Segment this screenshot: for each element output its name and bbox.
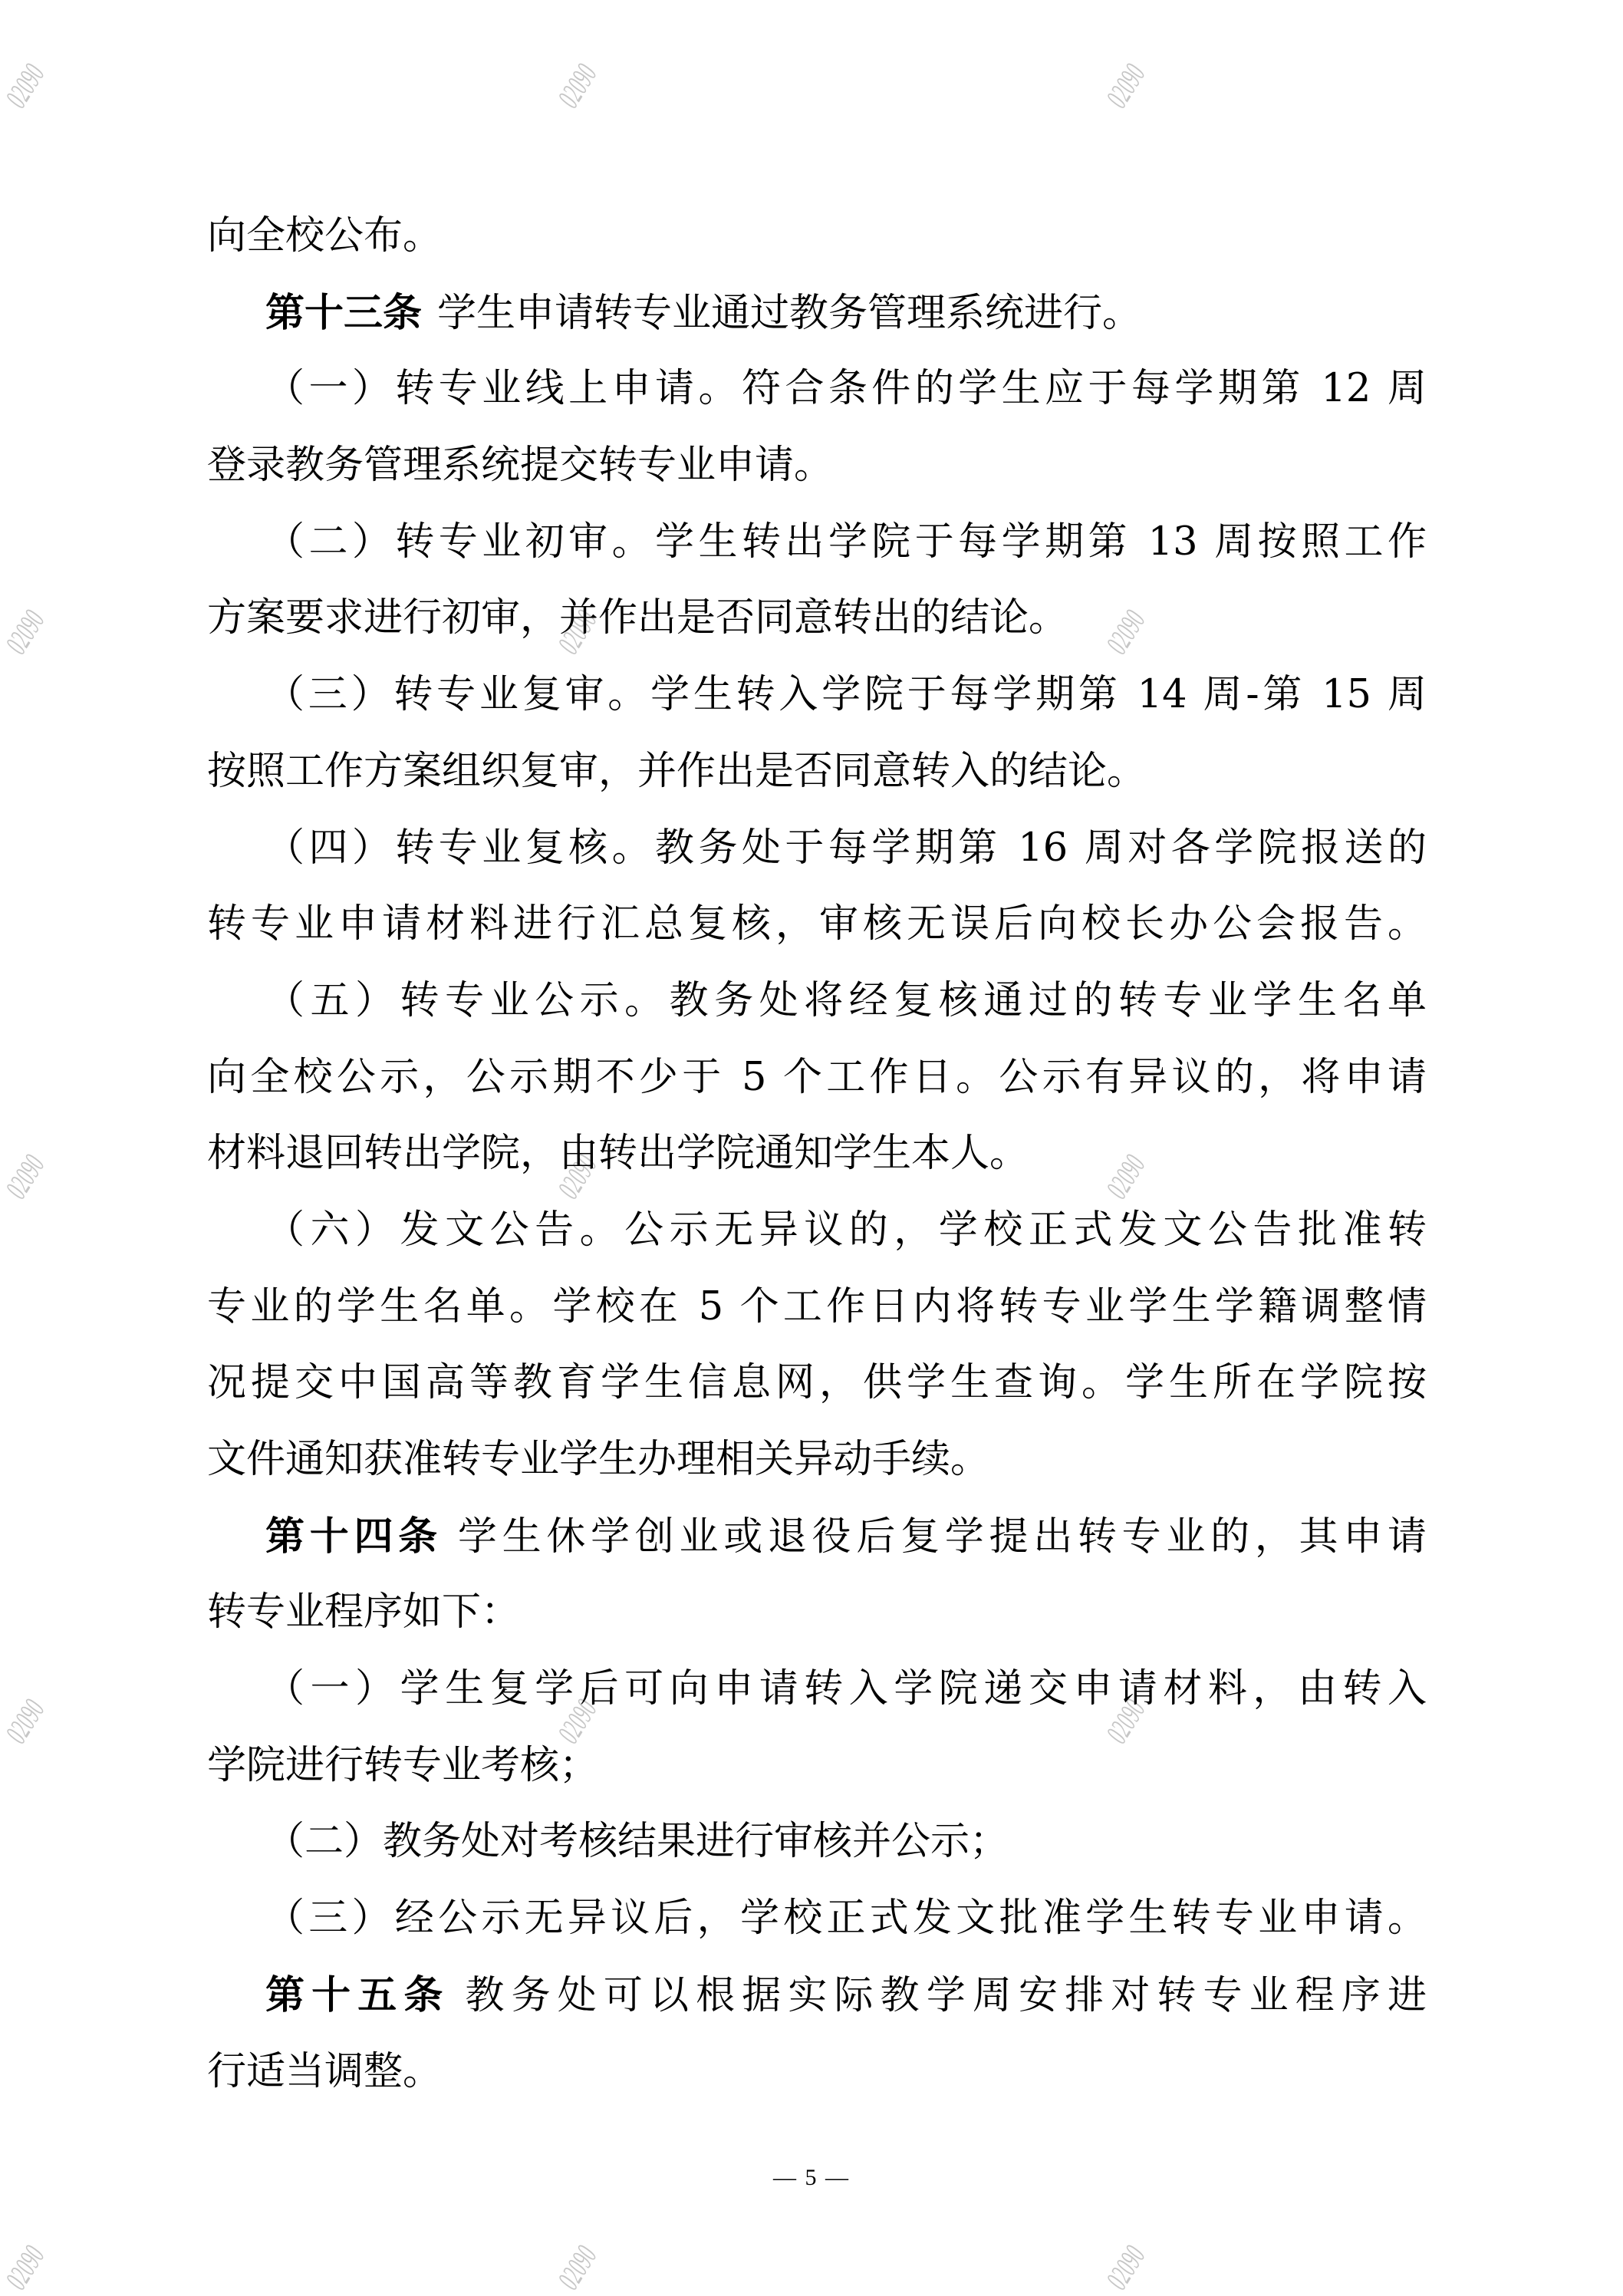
line-text: 学院进行转专业考核； xyxy=(207,1737,1427,1795)
watermark: 02090 xyxy=(550,58,604,114)
text-line: （三）转专业复审。学生转入学院于每学期第 14 周-第 15 周 xyxy=(207,666,1427,743)
line-text: 向全校公布。 xyxy=(207,207,1427,265)
text-line: 学院进行转专业考核； xyxy=(207,1737,1427,1813)
line-text: 况提交中国高等教育学生信息网，供学生查询。学生所在学院按 xyxy=(207,1354,1427,1412)
text-line: （三）经公示无异议后，学校正式发文批准学生转专业申请。 xyxy=(207,1889,1427,1966)
line-text: 登录教务管理系统提交转专业申请。 xyxy=(207,436,1427,495)
watermark: 02090 xyxy=(0,604,52,660)
article-13-heading-line: 第十三条学生申请转专业通过教务管理系统进行。 xyxy=(207,284,1427,361)
line-text: 行适当调整。 xyxy=(207,2043,1427,2101)
line-text: （一）学生复学后可向申请转入学院递交申请材料，由转入 xyxy=(207,1660,1427,1718)
watermark: 02090 xyxy=(1098,2239,1152,2296)
text-line: （二）转专业初审。学生转出学院于每学期第 13 周按照工作 xyxy=(207,513,1427,590)
text-line: （一）学生复学后可向申请转入学院递交申请材料，由转入 xyxy=(207,1660,1427,1737)
text-line: 行适当调整。 xyxy=(207,2043,1427,2120)
text-line: 文件通知获准转专业学生办理相关异动手续。 xyxy=(207,1431,1427,1507)
article-13-title: 第十三条 xyxy=(265,290,422,336)
page-number: — 5 — xyxy=(735,2165,888,2191)
line-text: （六）发文公告。公示无异议的，学校正式发文公告批准转 xyxy=(207,1201,1427,1260)
watermark: 02090 xyxy=(0,1693,52,1750)
text-line: 材料退回转出学院，由转出学院通知学生本人。 xyxy=(207,1125,1427,1201)
text-line: 转专业程序如下： xyxy=(207,1583,1427,1660)
watermark: 02090 xyxy=(0,1148,52,1205)
line-text: 教务处可以根据实际教学周安排对转专业程序进 xyxy=(466,1973,1427,2018)
text-line: （六）发文公告。公示无异议的，学校正式发文公告批准转 xyxy=(207,1201,1427,1278)
line-text: （三）转专业复审。学生转入学院于每学期第 14 周-第 15 周 xyxy=(207,666,1427,724)
line-text: 学生申请转专业通过教务管理系统进行。 xyxy=(437,291,1141,336)
text-line: 向全校公布。 xyxy=(207,207,1427,284)
text-line: 况提交中国高等教育学生信息网，供学生查询。学生所在学院按 xyxy=(207,1354,1427,1431)
line-text: （二）教务处对考核结果进行审核并公示； xyxy=(207,1813,1427,1871)
text-line: 方案要求进行初审，并作出是否同意转出的结论。 xyxy=(207,589,1427,666)
line-text: 学生休学创业或退役后复学提出转专业的，其申请 xyxy=(458,1514,1427,1560)
line-text: （四）转专业复核。教务处于每学期第 16 周对各学院报送的 xyxy=(207,819,1427,878)
line-text: 转专业申请材料进行汇总复核，审核无误后向校长办公会报告。 xyxy=(207,895,1427,954)
watermark: 02090 xyxy=(550,2239,604,2296)
watermark: 02090 xyxy=(1098,58,1152,114)
article-15-title: 第十五条 xyxy=(265,1972,450,2018)
text-line: 转专业申请材料进行汇总复核，审核无误后向校长办公会报告。 xyxy=(207,895,1427,972)
text-line: 向全校公示，公示期不少于 5 个工作日。公示有异议的，将申请 xyxy=(207,1049,1427,1125)
line-text: 向全校公示，公示期不少于 5 个工作日。公示有异议的，将申请 xyxy=(207,1049,1427,1107)
text-line: 专业的学生名单。学校在 5 个工作日内将转专业学生学籍调整情 xyxy=(207,1278,1427,1355)
line-text: （一）转专业线上申请。符合条件的学生应于每学期第 12 周 xyxy=(207,360,1427,418)
document-page: 02090 02090 02090 02090 02090 02090 0209… xyxy=(0,0,1623,2296)
text-line: 按照工作方案组织复审，并作出是否同意转入的结论。 xyxy=(207,743,1427,819)
line-text: （五）转专业公示。教务处将经复核通过的转专业学生名单 xyxy=(207,972,1427,1030)
line-text: （二）转专业初审。学生转出学院于每学期第 13 周按照工作 xyxy=(207,513,1427,572)
text-line: （五）转专业公示。教务处将经复核通过的转专业学生名单 xyxy=(207,972,1427,1049)
line-text: 转专业程序如下： xyxy=(207,1583,1427,1642)
document-body: 向全校公布。 第十三条学生申请转专业通过教务管理系统进行。 （一）转专业线上申请… xyxy=(207,207,1427,2119)
article-15-heading-line: 第十五条教务处可以根据实际教学周安排对转专业程序进 xyxy=(207,1966,1427,2043)
line-text: 材料退回转出学院，由转出学院通知学生本人。 xyxy=(207,1125,1427,1183)
article-14-heading-line: 第十四条学生休学创业或退役后复学提出转专业的，其申请 xyxy=(207,1507,1427,1584)
article-14-title: 第十四条 xyxy=(265,1514,443,1560)
line-text: 专业的学生名单。学校在 5 个工作日内将转专业学生学籍调整情 xyxy=(207,1278,1427,1336)
watermark: 02090 xyxy=(0,2239,52,2296)
text-line: （一）转专业线上申请。符合条件的学生应于每学期第 12 周 xyxy=(207,360,1427,436)
line-text: 文件通知获准转专业学生办理相关异动手续。 xyxy=(207,1431,1427,1489)
line-text: 方案要求进行初审，并作出是否同意转出的结论。 xyxy=(207,589,1427,647)
watermark: 02090 xyxy=(0,58,52,114)
line-text: 按照工作方案组织复审，并作出是否同意转入的结论。 xyxy=(207,743,1427,801)
text-line: （二）教务处对考核结果进行审核并公示； xyxy=(207,1813,1427,1889)
text-line: 登录教务管理系统提交转专业申请。 xyxy=(207,436,1427,513)
line-text: （三）经公示无异议后，学校正式发文批准学生转专业申请。 xyxy=(207,1889,1427,1948)
text-line: （四）转专业复核。教务处于每学期第 16 周对各学院报送的 xyxy=(207,819,1427,896)
